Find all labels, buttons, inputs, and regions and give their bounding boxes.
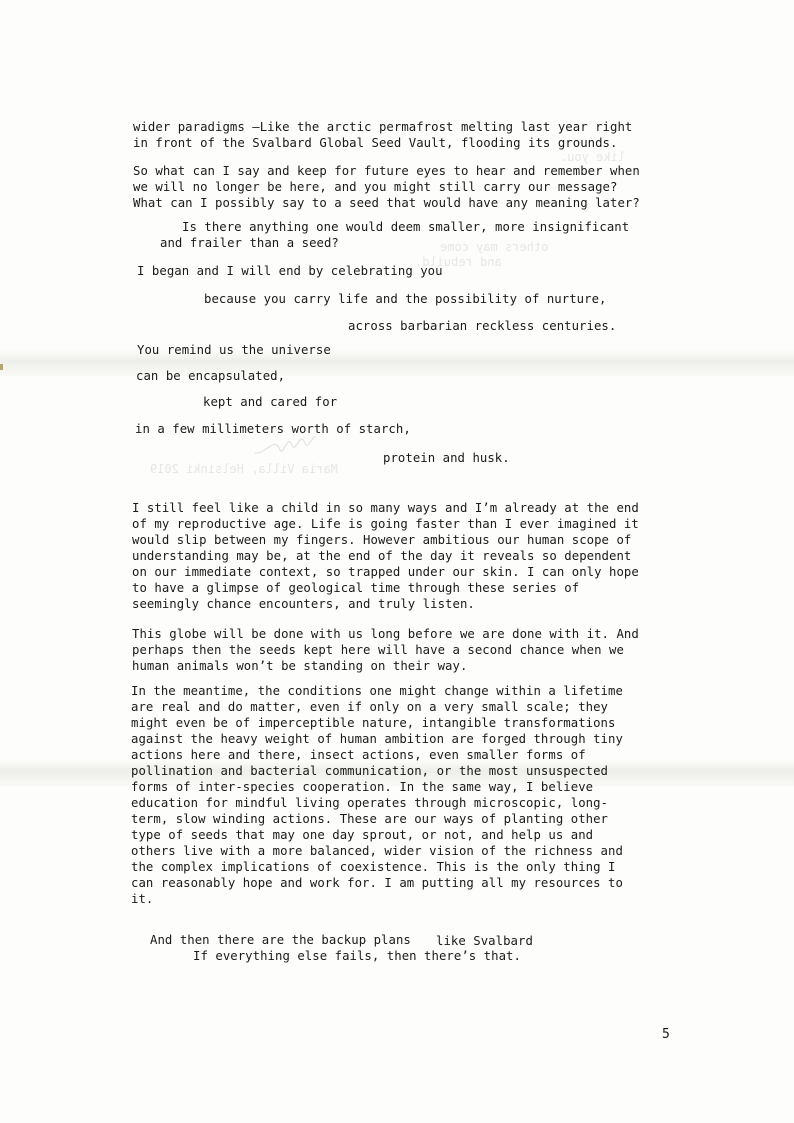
text-line: forms of inter-species cooperation. In t…: [131, 779, 623, 795]
text-line: seemingly chance encounters, and truly l…: [132, 596, 639, 612]
poem-line: protein and husk.: [383, 450, 510, 466]
text-line: of my reproductive age. Life is going fa…: [132, 516, 639, 532]
text-line: on our immediate context, so trapped und…: [132, 564, 639, 580]
text-block-future-eyes: So what can I say and keep for future ey…: [133, 163, 640, 211]
text-line: might even be of imperceptible nature, i…: [131, 715, 623, 731]
text-line: understanding may be, at the end of the …: [132, 548, 639, 564]
closing-line: If everything else fails, then there’s t…: [193, 948, 521, 964]
text-line: are real and do matter, even if only on …: [131, 699, 623, 715]
paragraph-globe: This globe will be done with us long bef…: [132, 626, 639, 674]
poem-line: can be encapsulated,: [136, 368, 285, 384]
text-line: in front of the Svalbard Global Seed Vau…: [133, 135, 632, 151]
text-line: human animals won’t be standing on their…: [132, 658, 639, 674]
closing-line: And then there are the backup plans: [150, 932, 411, 948]
poem-line: because you carry life and the possibili…: [204, 291, 606, 307]
page-number: 5: [662, 1027, 670, 1042]
poem-line: You remind us the universe: [137, 342, 331, 358]
paper-edge-mark: [0, 364, 3, 370]
paragraph-meantime: In the meantime, the conditions one migh…: [131, 683, 623, 907]
text-line: What can I possibly say to a seed that w…: [133, 195, 640, 211]
text-line: pollination and bacterial communication,…: [131, 763, 623, 779]
text-line: I still feel like a child in so many way…: [132, 500, 639, 516]
poem-line: in a few millimeters worth of starch,: [135, 421, 411, 437]
poem-line: kept and cared for: [203, 394, 337, 410]
text-line: actions here and there, insect actions, …: [131, 747, 623, 763]
poem-line: I began and I will end by celebrating yo…: [137, 263, 443, 279]
closing-line: like Svalbard: [436, 933, 533, 949]
text-line: type of seeds that may one day sprout, o…: [131, 827, 623, 843]
paragraph-child: I still feel like a child in so many way…: [132, 500, 639, 612]
text-line: In the meantime, the conditions one migh…: [131, 683, 623, 699]
text-line: perhaps then the seeds kept here will ha…: [132, 642, 639, 658]
text-line: wider paradigms —Like the arctic permafr…: [133, 119, 632, 135]
text-line: This globe will be done with us long bef…: [132, 626, 639, 642]
text-block-paradigms: wider paradigms —Like the arctic permafr…: [133, 119, 632, 151]
text-line: the complex implications of coexistence.…: [131, 859, 623, 875]
text-line: would slip between my fingers. However a…: [132, 532, 639, 548]
text-line: others live with a more balanced, wider …: [131, 843, 623, 859]
text-line: So what can I say and keep for future ey…: [133, 163, 640, 179]
text-line: Is there anything one would deem smaller…: [182, 219, 629, 235]
text-line: education for mindful living operates th…: [131, 795, 623, 811]
text-line: it.: [131, 891, 623, 907]
text-line: and frailer than a seed?: [160, 235, 339, 251]
poem-line: across barbarian reckless centuries.: [348, 318, 616, 334]
text-line: we will no longer be here, and you might…: [133, 179, 640, 195]
paper-fold-crease: [0, 350, 794, 376]
text-line: term, slow winding actions. These are ou…: [131, 811, 623, 827]
text-line: against the heavy weight of human ambiti…: [131, 731, 623, 747]
text-line: can reasonably hope and work for. I am p…: [131, 875, 623, 891]
show-through-text: others may come: [440, 240, 548, 254]
show-through-text: like you.: [560, 150, 625, 164]
text-line: to have a glimpse of geological time thr…: [132, 580, 639, 596]
